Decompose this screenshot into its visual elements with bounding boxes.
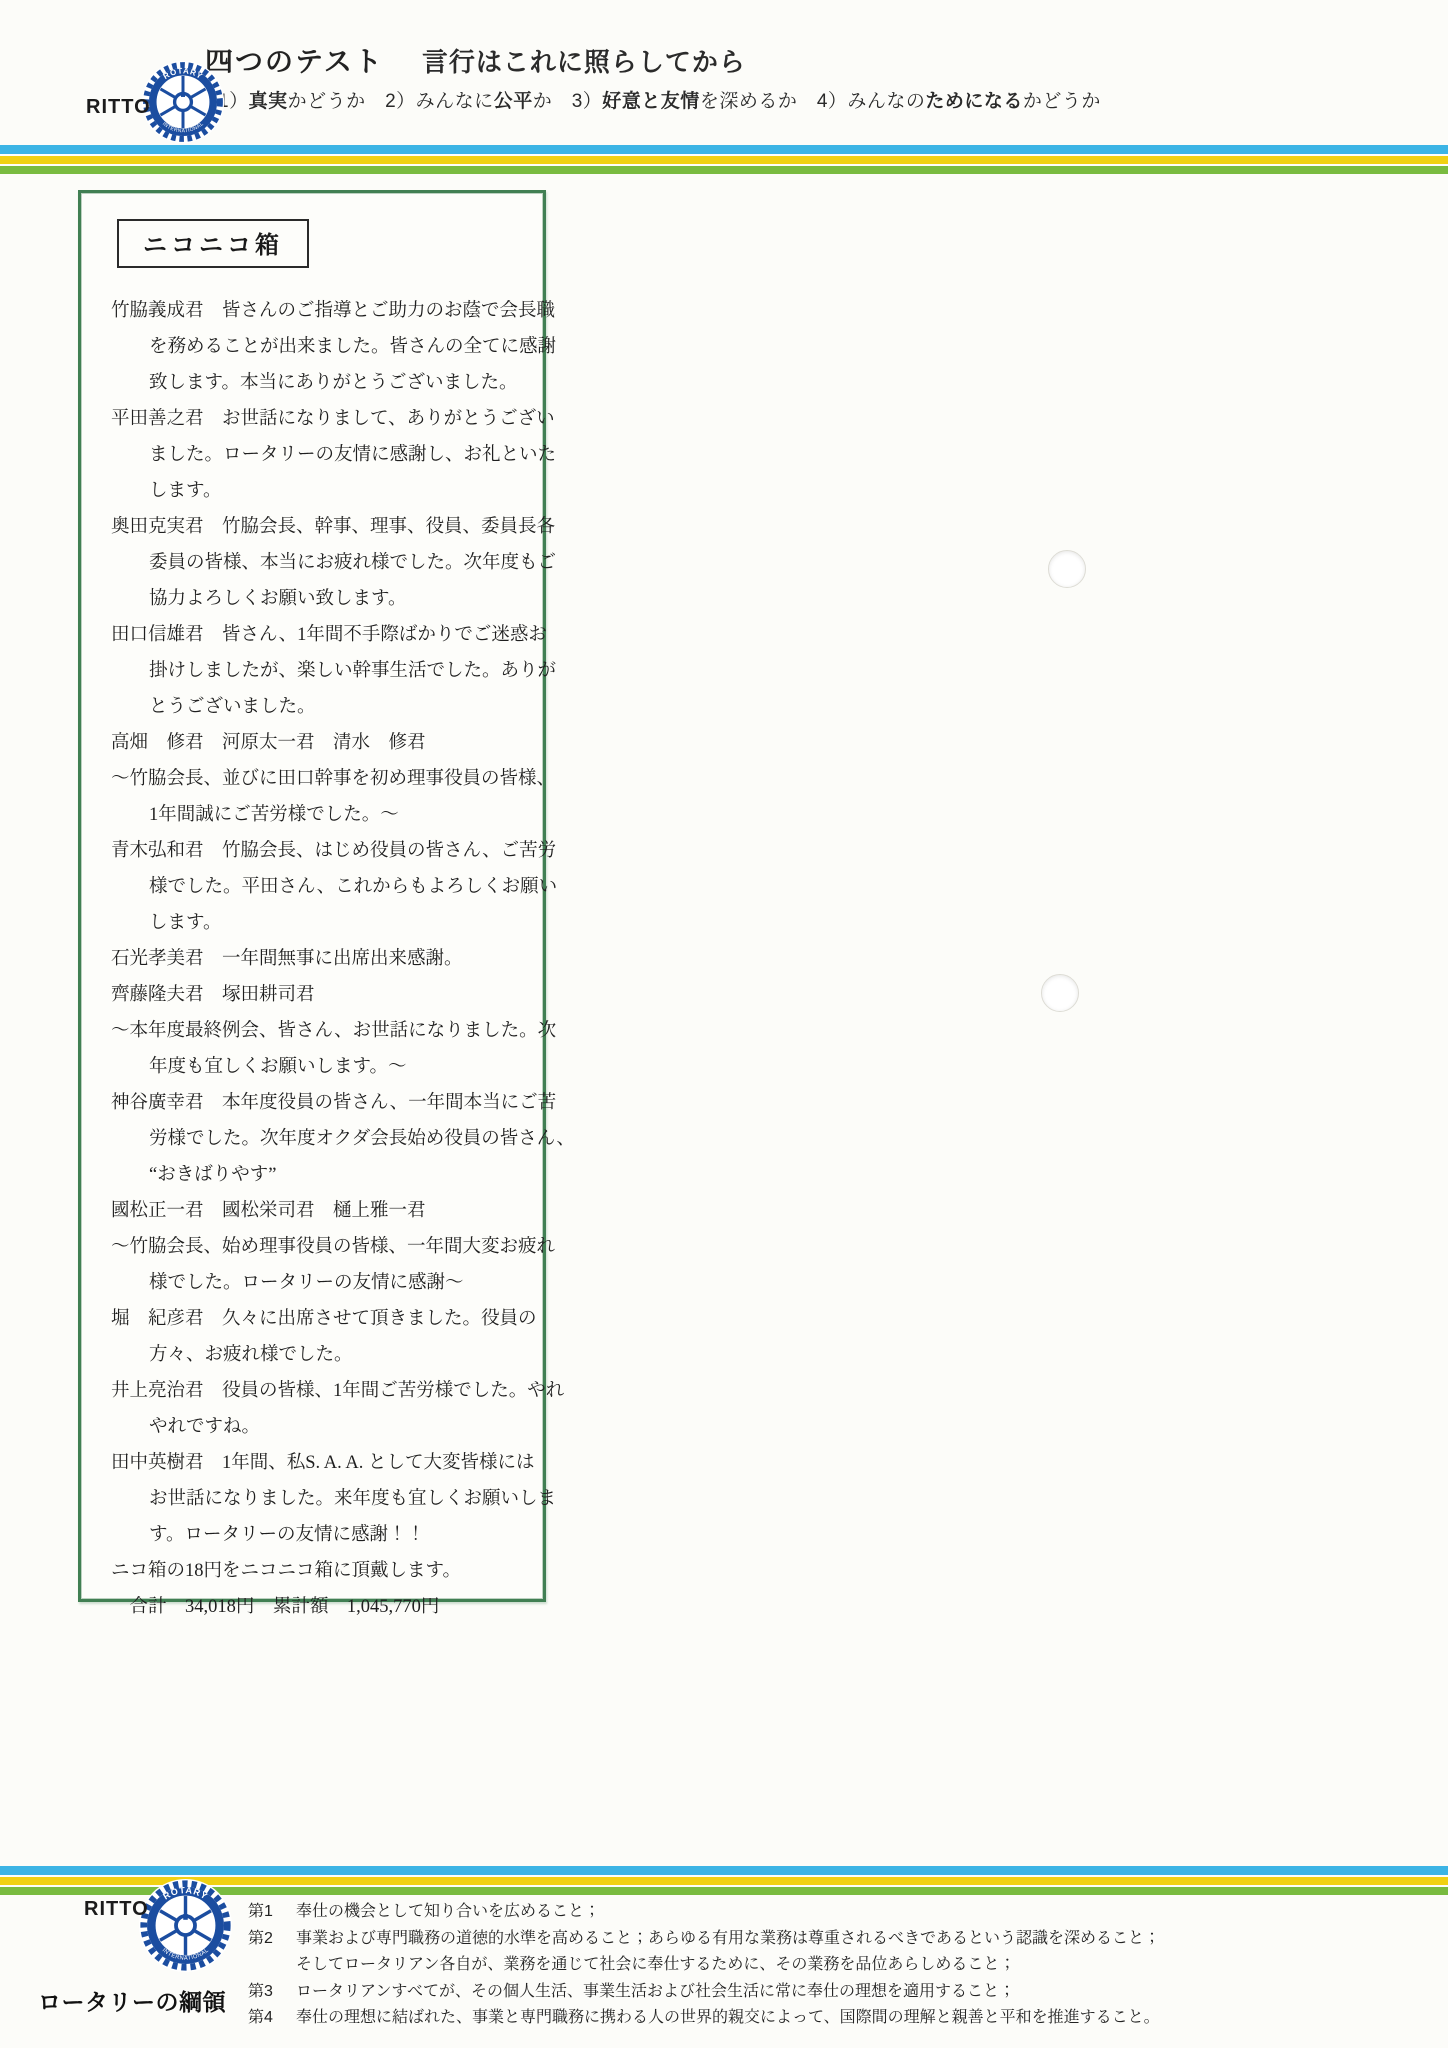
entry-line: 田中英樹君 1年間、私S. A. A. として大変皆様には <box>111 1445 539 1481</box>
entry-line: 竹脇義成君 皆さんのご指導とご助力のお蔭で会長職 <box>111 293 539 329</box>
entry-line: 石光孝美君 一年間無事に出席出来感謝。 <box>111 941 539 977</box>
entry-line: を務めることが出来ました。皆さんの全てに感謝 <box>149 329 539 365</box>
rotary-logo-icon <box>138 1878 233 1973</box>
test-segment: 真実 <box>249 91 288 112</box>
entry-line: 國松正一君 國松栄司君 樋上雅一君 <box>111 1193 539 1229</box>
entry: 合計 34,018円 累計額 1,045,770円 <box>111 1589 539 1625</box>
stripe-green <box>0 166 1448 174</box>
club-mark-footer: RITTO <box>84 1898 149 1921</box>
entry-line: 様でした。ロータリーの友情に感謝～ <box>149 1265 539 1301</box>
punch-hole <box>1048 550 1086 588</box>
rotary-principles-list: 第1奉仕の機会として知り合いを広めること；第2事業および専門職務の道徳的水準を高… <box>248 1899 1160 2032</box>
entry-line: 年度も宜しくお願いします。～ <box>149 1049 539 1085</box>
principle-text: ロータリアンすべてが、その個人生活、事業生活および社会生活に常に奉仕の理想を適用… <box>296 1979 1015 2006</box>
principle-line: そしてロータリアン各自が、業務を通じて社会に奉仕するために、その業務を品位あらし… <box>296 1952 1160 1979</box>
test-segment: 4）みんなの <box>797 91 925 112</box>
entry-line: 青木弘和君 竹脇会長、はじめ役員の皆さん、ご苦労 <box>111 833 539 869</box>
entry: 高畑 修君 河原太一君 清水 修君 <box>111 725 539 761</box>
principle-number: 第3 <box>248 1979 296 2006</box>
club-name: RITTO <box>86 96 151 118</box>
test-segment: 公平 <box>494 91 533 112</box>
entry-line: 井上亮治君 役員の皆様、1年間ご苦労様でした。やれ <box>111 1373 539 1409</box>
entry-line: 様でした。平田さん、これからもよろしくお願い <box>149 869 539 905</box>
test-segment: を深めるか <box>700 91 798 112</box>
principle-number: 第1 <box>248 1899 296 1926</box>
entry-line: します。 <box>149 905 539 941</box>
entry-line: 協力よろしくお願い致します。 <box>149 581 539 617</box>
entry: 齊藤隆夫君 塚田耕司君 <box>111 977 539 1013</box>
entry: 國松正一君 國松栄司君 樋上雅一君 <box>111 1193 539 1229</box>
entry-line: 齊藤隆夫君 塚田耕司君 <box>111 977 539 1013</box>
test-segment: か <box>533 91 553 112</box>
entry-line: す。ロータリーの友情に感謝！！ <box>149 1517 539 1553</box>
stripe-yellow <box>0 156 1448 164</box>
principle-text: 奉仕の理想に結ばれた、事業と専門職務に携わる人の世界的親交によって、国際間の理解… <box>296 2005 1160 2032</box>
header-stripes <box>0 145 1448 174</box>
principle-row: 第1奉仕の機会として知り合いを広めること； <box>248 1899 1160 1926</box>
principle-line: ロータリアンすべてが、その個人生活、事業生活および社会生活に常に奉仕の理想を適用… <box>296 1979 1015 2006</box>
stripe-cyan <box>0 1866 1448 1875</box>
entry-line: 労様でした。次年度オクダ会長始め役員の皆さん、 <box>149 1121 539 1157</box>
nikoniko-box-label: ニコニコ箱 <box>117 219 309 268</box>
entry: 田口信雄君 皆さん、1年間不手際ばかりでご迷惑お掛けしましたが、楽しい幹事生活で… <box>111 617 539 725</box>
entry-line: 委員の皆様、本当にお疲れ様でした。次年度もご <box>149 545 539 581</box>
four-way-test-subtitle: 言行はこれに照らしてから <box>422 47 746 77</box>
scanned-newsletter-page: 四つのテスト言行はこれに照らしてから 1）真実かどうか 2）みんなに公平か 3）… <box>0 0 1448 2048</box>
entry: 平田善之君 お世話になりまして、ありがとうございました。ロータリーの友情に感謝し… <box>111 401 539 509</box>
principle-row: 第2事業および専門職務の道徳的水準を高めること；あらゆる有用な業務は尊重されるべ… <box>248 1926 1160 1979</box>
entry-line: とうございました。 <box>149 689 539 725</box>
principle-text: 事業および専門職務の道徳的水準を高めること；あらゆる有用な業務は尊重されるべきで… <box>296 1926 1160 1979</box>
entry-line: 平田善之君 お世話になりまして、ありがとうござい <box>111 401 539 437</box>
entry-line: します。 <box>149 473 539 509</box>
principle-row: 第4奉仕の理想に結ばれた、事業と専門職務に携わる人の世界的親交によって、国際間の… <box>248 2005 1160 2032</box>
four-way-test-header: 四つのテスト言行はこれに照らしてから <box>205 40 746 80</box>
rotary-creed-title: ロータリーの綱領 <box>38 1984 226 2017</box>
entry-line: 掛けしましたが、楽しい幹事生活でした。ありが <box>149 653 539 689</box>
entry: ～本年度最終例会、皆さん、お世話になりました。次年度も宜しくお願いします。～ <box>111 1013 539 1085</box>
entry: 青木弘和君 竹脇会長、はじめ役員の皆さん、ご苦労様でした。平田さん、これからもよ… <box>111 833 539 941</box>
test-segment: ためになる <box>925 91 1023 112</box>
nikoniko-box: ニコニコ箱 竹脇義成君 皆さんのご指導とご助力のお蔭で会長職を務めることが出来ま… <box>78 190 546 1602</box>
entry-line: 奥田克実君 竹脇会長、幹事、理事、役員、委員長各 <box>111 509 539 545</box>
entry: 石光孝美君 一年間無事に出席出来感謝。 <box>111 941 539 977</box>
principle-line: 奉仕の機会として知り合いを広めること； <box>296 1899 600 1926</box>
entry-line: 方々、お疲れ様でした。 <box>149 1337 539 1373</box>
principle-line: 事業および専門職務の道徳的水準を高めること；あらゆる有用な業務は尊重されるべきで… <box>296 1926 1160 1953</box>
punch-hole <box>1041 974 1079 1012</box>
entry-line: 高畑 修君 河原太一君 清水 修君 <box>111 725 539 761</box>
entry: 堀 紀彦君 久々に出席させて頂きました。役員の方々、お疲れ様でした。 <box>111 1301 539 1373</box>
club-mark-header: RITTO <box>86 96 151 119</box>
four-way-tests-line: 1）真実かどうか 2）みんなに公平か 3）好意と友情を深めるか 4）みんなのため… <box>218 86 1101 113</box>
test-segment: かどうか <box>288 91 366 112</box>
entry: 神谷廣幸君 本年度役員の皆さん、一年間本当にご苦労様でした。次年度オクダ会長始め… <box>111 1085 539 1193</box>
entry: 奥田克実君 竹脇会長、幹事、理事、役員、委員長各委員の皆様、本当にお疲れ様でした… <box>111 509 539 617</box>
test-segment: 3） <box>552 91 602 112</box>
entry-line: 堀 紀彦君 久々に出席させて頂きました。役員の <box>111 1301 539 1337</box>
entry-line: ～本年度最終例会、皆さん、お世話になりました。次 <box>111 1013 539 1049</box>
entry-line: やれですね。 <box>149 1409 539 1445</box>
entry-line: 神谷廣幸君 本年度役員の皆さん、一年間本当にご苦 <box>111 1085 539 1121</box>
entry: 井上亮治君 役員の皆様、1年間ご苦労様でした。やれやれですね。 <box>111 1373 539 1445</box>
entry: ～竹脇会長、始め理事役員の皆様、一年間大変お疲れ様でした。ロータリーの友情に感謝… <box>111 1229 539 1301</box>
principle-number: 第2 <box>248 1926 296 1979</box>
entry-line: お世話になりました。来年度も宜しくお願いしま <box>149 1481 539 1517</box>
entry-line: “おきばりやす” <box>149 1157 539 1193</box>
entry: 竹脇義成君 皆さんのご指導とご助力のお蔭で会長職を務めることが出来ました。皆さん… <box>111 293 539 401</box>
stripe-cyan <box>0 145 1448 154</box>
rotary-logo-icon <box>141 60 225 144</box>
principle-number: 第4 <box>248 2005 296 2032</box>
entry: ニコ箱の18円をニコニコ箱に頂戴します。 <box>111 1553 539 1589</box>
entry-line: ～竹脇会長、並びに田口幹事を初め理事役員の皆様、 <box>111 761 539 797</box>
nikoniko-entries: 竹脇義成君 皆さんのご指導とご助力のお蔭で会長職を務めることが出来ました。皆さん… <box>111 293 539 1625</box>
entry-line: ニコ箱の18円をニコニコ箱に頂戴します。 <box>111 1553 539 1589</box>
four-way-test-title: 四つのテスト <box>205 46 384 77</box>
entry: ～竹脇会長、並びに田口幹事を初め理事役員の皆様、1年間誠にご苦労様でした。～ <box>111 761 539 833</box>
test-segment: かどうか <box>1023 91 1101 112</box>
principle-text: 奉仕の機会として知り合いを広めること； <box>296 1899 600 1926</box>
principle-row: 第3ロータリアンすべてが、その個人生活、事業生活および社会生活に常に奉仕の理想を… <box>248 1979 1160 2006</box>
test-segment: 好意と友情 <box>602 91 700 112</box>
test-segment: 2）みんなに <box>366 91 494 112</box>
entry-line: 田口信雄君 皆さん、1年間不手際ばかりでご迷惑お <box>111 617 539 653</box>
entry-line: 致します。本当にありがとうございました。 <box>149 365 539 401</box>
entry-line: ました。ロータリーの友情に感謝し、お礼といた <box>149 437 539 473</box>
principle-line: 奉仕の理想に結ばれた、事業と専門職務に携わる人の世界的親交によって、国際間の理解… <box>296 2005 1160 2032</box>
entry-line: 1年間誠にご苦労様でした。～ <box>149 797 539 833</box>
entry-line: ～竹脇会長、始め理事役員の皆様、一年間大変お疲れ <box>111 1229 539 1265</box>
club-name: RITTO <box>84 1898 149 1920</box>
entry-line: 合計 34,018円 累計額 1,045,770円 <box>111 1589 539 1625</box>
entry: 田中英樹君 1年間、私S. A. A. として大変皆様にはお世話になりました。来… <box>111 1445 539 1553</box>
